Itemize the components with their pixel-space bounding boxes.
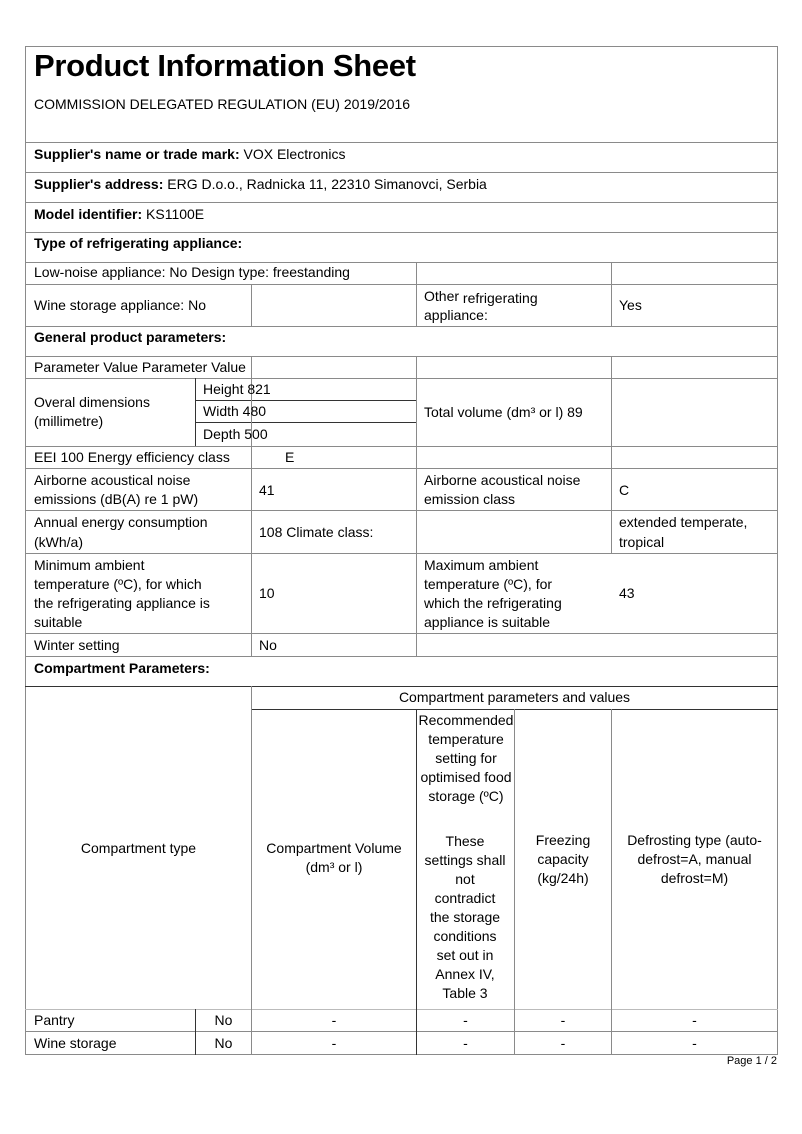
winter-setting-label: Winter setting [34,636,120,655]
max-temp-value: 43 [619,584,635,603]
noise-class-label: Airborne acoustical noise [424,471,580,490]
frame-right [777,46,778,1055]
model-label: Model identifier: [34,206,142,222]
other-label-part: refrigerating [463,290,538,306]
regulation-subtitle: COMMISSION DELEGATED REGULATION (EU) 201… [34,96,410,112]
max-temp-label-1: Maximum ambient [424,556,538,575]
max-temp-label-3: which the refrigerating [424,594,562,613]
depth-value: Depth 500 [203,425,268,444]
other-appliance-label: Other refrigerating [424,287,538,306]
min-temp-label-1: Minimum ambient [34,556,144,575]
supplier-address-label: Supplier's address: [34,176,163,192]
row-freezing: - [515,1011,611,1030]
page-title: Product Information Sheet [34,48,416,84]
noise-class-label-line2: emission class [424,490,515,509]
winter-setting-value: No [259,636,277,655]
col-temperature-note: These settings shall not contradict the … [424,832,506,1003]
col-defrosting-type: Defrosting type (auto-defrost=A, manual … [612,831,777,888]
row-volume: - [252,1011,416,1030]
noise-class-value: C [619,481,629,500]
wine-storage-appliance: Wine storage appliance: No [34,296,206,315]
min-temp-label-2: temperature (ºC), for which [34,575,202,594]
other-appliance-value: Yes [619,296,642,315]
other-label-part: Other [424,288,459,304]
row-freezing: - [515,1034,611,1053]
max-temp-label-2: temperature (ºC), for [424,575,552,594]
min-temp-label-4: suitable [34,613,82,632]
noise-label-line2: emissions (dB(A) re 1 pW) [34,490,198,509]
min-temp-label-3: the refrigerating appliance is [34,594,210,613]
general-parameters-heading: General product parameters: [34,328,226,347]
height-value: Height 821 [203,380,271,399]
row-defrost: - [612,1011,777,1030]
page-indicator: Page 1 / 2 [727,1055,777,1067]
row-volume: - [252,1034,416,1053]
annual-energy-label: Annual energy consumption [34,513,208,532]
dimensions-unit: (millimetre) [34,412,103,431]
supplier-address-row: Supplier's address: ERG D.o.o., Radnicka… [34,175,487,194]
supplier-address-value: ERG D.o.o., Radnicka 11, 22310 Simanovci… [167,176,487,192]
noise-label: Airborne acoustical noise [34,471,190,490]
row-defrost: - [612,1034,777,1053]
col-recommended-temperature: Recommended temperature setting for opti… [414,711,518,806]
compartment-parameters-heading: Compartment Parameters: [34,659,210,678]
annual-energy-unit: (kWh/a) [34,533,83,552]
width-value: Width 480 [203,402,266,421]
supplier-name-value: VOX Electronics [244,146,346,162]
climate-class-value: extended temperate, [619,513,747,532]
frame-top [25,46,778,47]
low-noise-design-type: Low-noise appliance: No Design type: fre… [34,263,350,282]
row-present: No [196,1011,251,1030]
min-temp-value: 10 [259,584,275,603]
supplier-name-row: Supplier's name or trade mark: VOX Elect… [34,145,345,164]
model-value: KS1100E [146,206,204,222]
total-volume: Total volume (dm³ or l) 89 [424,403,583,422]
parameter-header-row: Parameter Value Parameter Value [34,358,246,377]
annual-energy-value: 108 Climate class: [259,523,373,542]
other-appliance-label-line2: appliance: [424,306,488,325]
col-compartment-volume: Compartment Volume (dm³ or l) [262,839,406,877]
appliance-type-heading: Type of refrigerating appliance: [34,234,242,253]
row-temp: - [417,1034,514,1053]
frame-bottom [25,1054,778,1055]
row-type: Wine storage [34,1034,116,1053]
product-information-sheet: Product Information Sheet COMMISSION DEL… [0,0,802,1134]
col-freezing-capacity: Freezing capacity (kg/24h) [515,831,611,888]
dimensions-label: Overal dimensions [34,393,150,412]
supplier-name-label: Supplier's name or trade mark: [34,146,240,162]
col-compartment-type: Compartment type [26,839,251,858]
model-row: Model identifier: KS1100E [34,205,204,224]
row-temp: - [417,1011,514,1030]
frame-left [25,46,26,1055]
row-type: Pantry [34,1011,74,1030]
row-present: No [196,1034,251,1053]
compartment-group-header: Compartment parameters and values [252,688,777,707]
eei-label: EEI 100 Energy efficiency class [34,448,230,467]
energy-class-value: E [285,448,294,467]
noise-value: 41 [259,481,275,500]
climate-class-value-line2: tropical [619,533,664,552]
max-temp-label-4: appliance is suitable [424,613,550,632]
